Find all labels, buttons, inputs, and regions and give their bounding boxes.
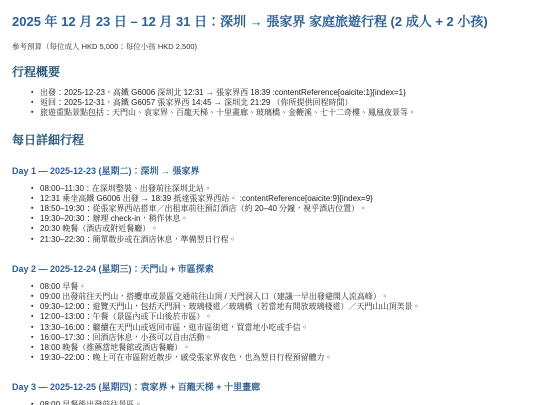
list-item: 08:00–11:30：在深圳整裝、出發前往深圳北站。 (40, 184, 528, 194)
list-item: 18:00 晚餐（推薦當地餐館或酒店餐廳）。 (40, 343, 528, 353)
day-heading: Day 2 — 2025-12-24 (星期三)：天門山 + 市區探索 (12, 264, 528, 274)
list-item: 旅遊重點景點包括：天門山、袁家界、百龍天梯、十里畫廊、玻璃橋、金鞭溪、七十二奇樓… (40, 108, 528, 118)
list-item: 20:30 晚餐（酒店或附近餐廳）。 (40, 224, 528, 234)
day-list: 08:00 早餐。09:00 出發前往天門山，搭纜車或景區交通前往山頂 / 天門… (12, 282, 528, 364)
day-heading: Day 3 — 2025-12-25 (星期四)：袁家界 + 百龍天梯 + 十里… (12, 382, 528, 392)
budget-note: 參考預算（每位成人 HKD 5,000；每位小孩 HKD 2,500) (12, 42, 528, 51)
daily-days: Day 1 — 2025-12-23 (星期二)：深圳 → 張家界08:00–1… (12, 166, 528, 405)
list-item: 12:00–13:00：午餐（景區內或下山後於市區）。 (40, 312, 528, 322)
list-item: 09:30–12:00：遊覽天門山，包括天門洞、玻璃棧道／玻璃橋（若當地有開放玻… (40, 302, 528, 312)
list-item: 13:30–16:00：繼續在天門山或返回市區，逛市區街道，買當地小吃或手信。 (40, 323, 528, 333)
list-item: 19:30–20:30：辦理 check-in，稍作休息。 (40, 214, 528, 224)
section-heading-overview: 行程概要 (12, 66, 528, 79)
list-item: 返回：2025-12-31，高鐵 G6057 張家界西 14:45 → 深圳北 … (40, 98, 528, 108)
day-list: 08:00–11:30：在深圳整裝、出發前往深圳北站。12:31 乘坐高鐵 G6… (12, 184, 528, 245)
list-item: 出發：2025-12-23，高鐵 G6006 深圳北 12:31 → 張家界西 … (40, 88, 528, 98)
section-heading-daily: 每日詳細行程 (12, 134, 528, 147)
document-page: 2025 年 12 月 23 日 – 12 月 31 日：深圳 → 張家界 家庭… (0, 0, 540, 405)
overview-list: 出發：2025-12-23，高鐵 G6006 深圳北 12:31 → 張家界西 … (12, 88, 528, 119)
list-item: 08:00 早餐。 (40, 282, 528, 292)
list-item: 09:00 出發前往天門山，搭纜車或景區交通前往山頂 / 天門洞入口（建議一早出… (40, 292, 528, 302)
list-item: 18:50–19:30：從張家界西站搭車／出租車前往預訂酒店（約 20–40 分… (40, 204, 528, 214)
list-item: 08:00 早餐後出發前往景區。 (40, 400, 528, 405)
list-item: 12:31 乘坐高鐵 G6006 出發 → 18:39 抵達張家界西站。 :co… (40, 194, 528, 204)
day-list: 08:00 早餐後出發前往景區。 (12, 400, 528, 405)
list-item: 21:30–22:30：簡單散步或在酒店休息，準備翌日行程。 (40, 235, 528, 245)
list-item: 19:30–22:00：晚上可在市區附近散步，感受張家界夜色，也為翌日行程預留體… (40, 353, 528, 363)
day-heading: Day 1 — 2025-12-23 (星期二)：深圳 → 張家界 (12, 166, 528, 176)
list-item: 16:00–17:30：回酒店休息，小孩可以自由活動。 (40, 333, 528, 343)
page-title: 2025 年 12 月 23 日 – 12 月 31 日：深圳 → 張家界 家庭… (12, 14, 528, 30)
